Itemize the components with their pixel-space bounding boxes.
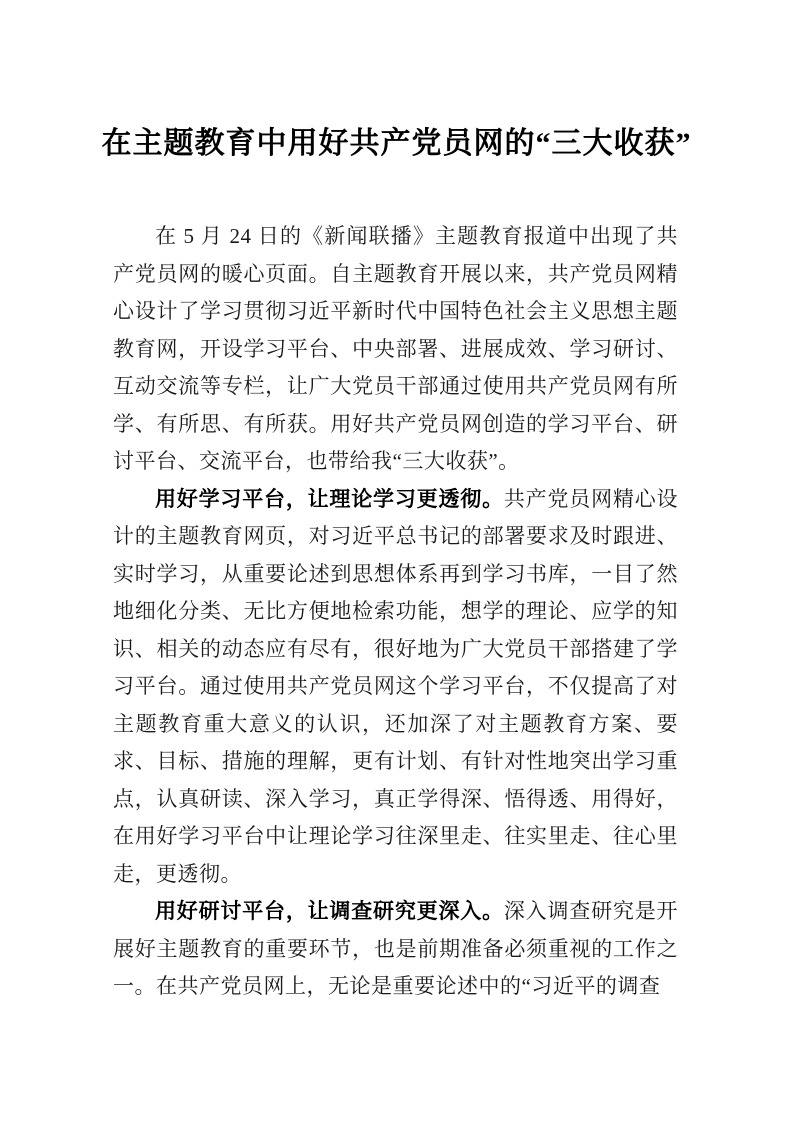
paragraph-lead: 用好学习平台，让理论学习更透彻。 [155,488,504,511]
paragraph-lead: 用好研讨平台，让调查研究更深入。 [155,900,504,923]
document-title: 在主题教育中用好共产党员网的“三大收获” [0,0,793,162]
document-body: 在 5 月 24 日的《新闻联播》主题教育报道中出现了共产党员网的暖心页面。自主… [113,218,678,1006]
paragraph-text: 在 5 月 24 日的《新闻联播》主题教育报道中出现了共产党员网的暖心页面。自主… [113,224,678,473]
paragraph-intro: 在 5 月 24 日的《新闻联播》主题教育报道中出现了共产党员网的暖心页面。自主… [113,218,678,481]
paragraph-discussion-platform: 用好研讨平台，让调查研究更深入。深入调查研究是开展好主题教育的重要环节，也是前期… [113,893,678,1006]
document-page: 在主题教育中用好共产党员网的“三大收获” 在 5 月 24 日的《新闻联播》主题… [0,0,793,1122]
paragraph-text: 共产党员网精心设计的主题教育网页，对习近平总书记的部署要求及时跟进、实时学习，从… [113,487,678,886]
paragraph-learning-platform: 用好学习平台，让理论学习更透彻。共产党员网精心设计的主题教育网页，对习近平总书记… [113,481,678,894]
